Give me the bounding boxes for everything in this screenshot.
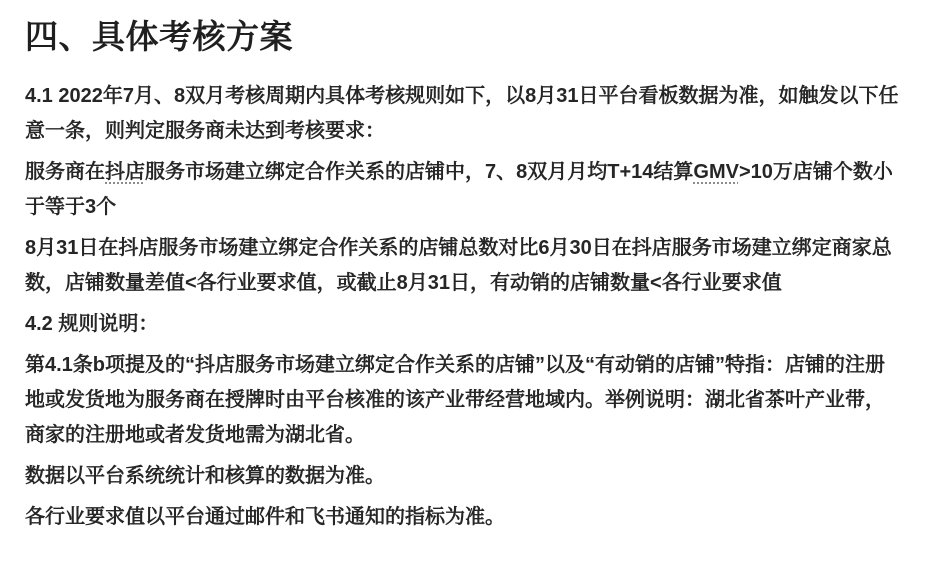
- spellcheck-term-gmv: GMV: [693, 161, 739, 183]
- document: 四、具体考核方案 4.1 2022年7月、8双月考核周期内具体考核规则如下，以8…: [0, 0, 928, 535]
- spellcheck-term-douyin-shop: 抖店: [105, 161, 145, 183]
- paragraph-rule-4-1-intro: 4.1 2022年7月、8双月考核周期内具体考核规则如下，以8月31日平台看板数…: [25, 79, 903, 149]
- page-title: 四、具体考核方案: [25, 16, 903, 59]
- condition-a-text: 服务市场建立绑定合作关系的店铺中，7、8双月月均T+14结算: [145, 161, 693, 183]
- paragraph-industry-threshold: 各行业要求值以平台通过邮件和飞书通知的指标为准。: [25, 500, 903, 535]
- condition-a-text: 服务商在: [25, 161, 105, 183]
- paragraph-condition-a: 服务商在抖店服务市场建立绑定合作关系的店铺中，7、8双月月均T+14结算GMV>…: [25, 155, 903, 225]
- paragraph-condition-b: 8月31日在抖店服务市场建立绑定合作关系的店铺总数对比6月30日在抖店服务市场建…: [25, 231, 903, 301]
- paragraph-rule-4-2-heading: 4.2 规则说明：: [25, 307, 903, 342]
- paragraph-data-source: 数据以平台系统统计和核算的数据为准。: [25, 459, 903, 494]
- paragraph-term-definition: 第4.1条b项提及的“抖店服务市场建立绑定合作关系的店铺”以及“有动销的店铺”特…: [25, 348, 903, 453]
